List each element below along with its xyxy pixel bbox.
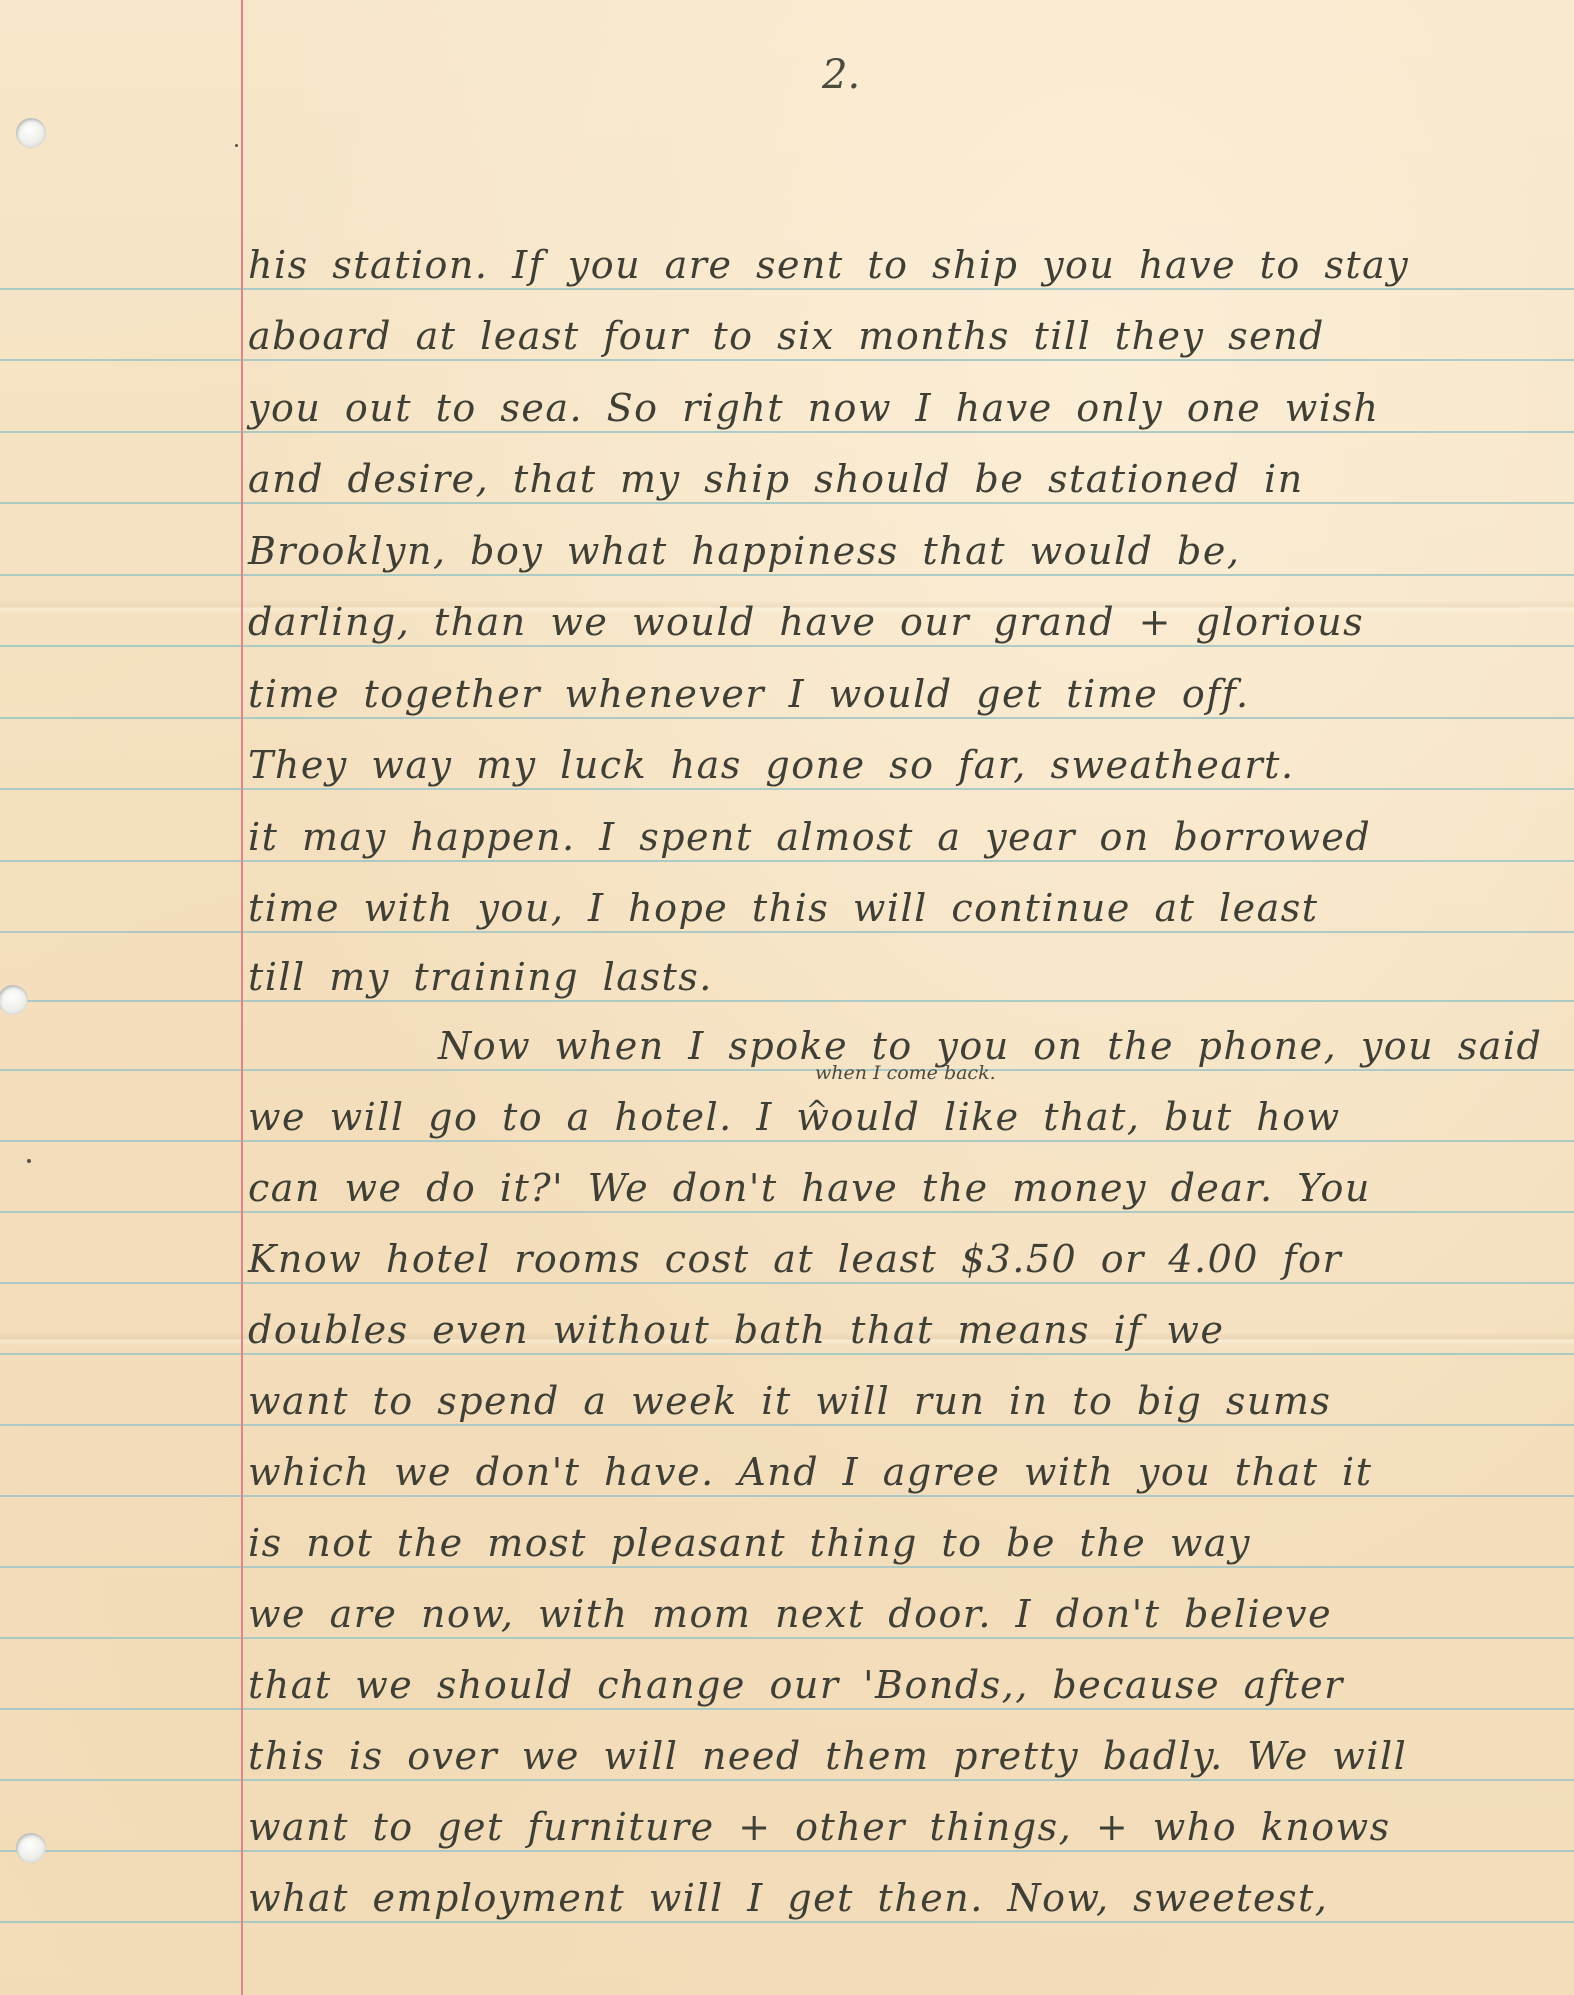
letter-page: 2. his station. If you are sent to ship …	[0, 0, 1574, 1995]
letter-line: doubles even without bath that means if …	[248, 1305, 1558, 1355]
letter-line: that we should change our 'Bonds,, becau…	[248, 1660, 1558, 1710]
binder-hole	[16, 1833, 46, 1863]
insertion-caret-icon: ^	[806, 1096, 828, 1126]
letter-line: Know hotel rooms cost at least $3.50 or …	[248, 1234, 1558, 1284]
letter-line: what employment will I get then. Now, sw…	[248, 1873, 1558, 1923]
letter-line: it may happen. I spent almost a year on …	[248, 812, 1558, 862]
letter-line: time together whenever I would get time …	[248, 669, 1558, 719]
margin-line	[241, 0, 243, 1995]
letter-line: darling, than we would have our grand + …	[248, 597, 1558, 647]
letter-line: want to spend a week it will run in to b…	[248, 1376, 1558, 1426]
letter-line: aboard at least four to six months till …	[248, 311, 1558, 361]
interlinear-insertion: when I come back.	[815, 1062, 996, 1084]
letter-line: till my training lasts.	[248, 952, 1558, 1002]
letter-line: want to get furniture + other things, + …	[248, 1802, 1558, 1852]
ink-speck	[27, 1159, 31, 1163]
letter-line: you out to sea. So right now I have only…	[248, 383, 1558, 433]
letter-line: They way my luck has gone so far, sweath…	[248, 740, 1558, 790]
letter-line: which we don't have. And I agree with yo…	[248, 1447, 1558, 1497]
letter-line: this is over we will need them pretty ba…	[248, 1731, 1558, 1781]
letter-line: his station. If you are sent to ship you…	[248, 240, 1558, 290]
letter-line: and desire, that my ship should be stati…	[248, 454, 1558, 504]
ink-speck	[235, 144, 238, 147]
letter-line: we will go to a hotel. I would like that…	[248, 1092, 1558, 1142]
letter-line: is not the most pleasant thing to be the…	[248, 1518, 1558, 1568]
binder-hole	[0, 985, 28, 1015]
page-number: 2.	[822, 52, 860, 98]
letter-line: Brooklyn, boy what happiness that would …	[248, 526, 1558, 576]
binder-hole	[16, 118, 46, 148]
letter-line: we are now, with mom next door. I don't …	[248, 1589, 1558, 1639]
letter-line: can we do it?' We don't have the money d…	[248, 1163, 1558, 1213]
letter-line: time with you, I hope this will continue…	[248, 883, 1558, 933]
